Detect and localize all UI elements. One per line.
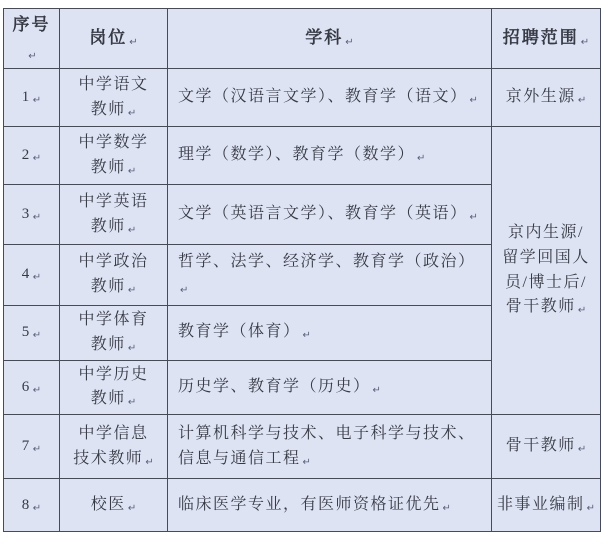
return-mark-icon: ↵ (33, 444, 41, 455)
post-text: 校医 (91, 496, 126, 513)
return-mark-icon: ↵ (443, 503, 451, 514)
return-mark-icon: ↵ (33, 95, 41, 106)
row-number: 8 (22, 497, 31, 513)
post-text: 中学英语 教师 (78, 193, 148, 235)
row-number: 3 (22, 206, 31, 222)
subject-text: 临床医学专业，有医师资格证优先 (178, 496, 441, 513)
row-number-cell: 6↵ (4, 360, 60, 415)
row-number-cell: 5↵ (4, 306, 60, 361)
return-mark-icon: ↵ (470, 95, 478, 106)
post-cell: 中学数学 教师↵ (60, 127, 168, 185)
return-mark-icon: ↵ (470, 212, 478, 223)
row-number: 4 (22, 266, 31, 282)
subject-cell: 理学（数学）、教育学（数学）↵ (168, 127, 492, 185)
subject-text: 历史学、教育学（历史） (178, 378, 371, 395)
post-cell: 中学语文 教师↵ (60, 69, 168, 127)
return-mark-icon: ↵ (33, 385, 41, 396)
header-no-label: 序号 (13, 15, 51, 34)
header-no: 序号↵ (4, 9, 60, 69)
document-page: 序号↵ 岗位↵ 学科↵ 招聘范围↵ 1↵ 中学语文 教师↵ 文学（汉语言文学）、… (0, 0, 604, 544)
header-subject: 学科↵ (168, 9, 492, 69)
subject-cell: 历史学、教育学（历史）↵ (168, 360, 492, 415)
row-number: 6 (22, 379, 31, 395)
return-mark-icon: ↵ (180, 285, 188, 296)
return-mark-icon: ↵ (33, 503, 41, 514)
header-post-label: 岗位 (89, 28, 127, 47)
return-mark-icon: ↵ (345, 37, 353, 48)
row-number: 7 (22, 438, 31, 454)
subject-text: 教育学（体育） (178, 323, 301, 340)
row-number: 1 (22, 89, 31, 105)
subject-text: 文学（汉语言文学）、教育学（语文） (178, 88, 468, 105)
return-mark-icon: ↵ (581, 37, 589, 48)
post-text: 中学数学 教师 (78, 134, 148, 176)
scope-cell: 骨干教师↵ (492, 415, 601, 479)
post-text: 中学历史 教师 (78, 366, 148, 408)
scope-text: 京外生源 (506, 88, 576, 105)
subject-cell: 哲学、法学、经济学、教育学（政治）↵ (168, 245, 492, 306)
row-number-cell: 7↵ (4, 415, 60, 479)
header-scope: 招聘范围↵ (492, 9, 601, 69)
header-post: 岗位↵ (60, 9, 168, 69)
return-mark-icon: ↵ (417, 153, 425, 164)
return-mark-icon: ↵ (33, 212, 41, 223)
subject-cell: 教育学（体育）↵ (168, 306, 492, 361)
scope-text: 非事业编制 (497, 496, 585, 513)
subject-cell: 计算机科学与技术、电子科学与技术、 信息与通信工程↵ (168, 415, 492, 479)
row-number: 2 (22, 147, 31, 163)
post-cell: 中学体育 教师↵ (60, 306, 168, 361)
return-mark-icon: ↵ (128, 285, 136, 296)
scope-cell: 非事业编制↵ (492, 479, 601, 532)
subject-text: 文学（英语言文学）、教育学（英语） (178, 205, 468, 222)
return-mark-icon: ↵ (578, 95, 586, 106)
return-mark-icon: ↵ (587, 503, 595, 514)
row-number-cell: 8↵ (4, 479, 60, 532)
table-header-row: 序号↵ 岗位↵ 学科↵ 招聘范围↵ (4, 9, 601, 69)
return-mark-icon: ↵ (128, 397, 136, 408)
return-mark-icon: ↵ (33, 272, 41, 283)
post-text: 中学语文 教师 (78, 76, 148, 118)
return-mark-icon: ↵ (578, 305, 586, 316)
table-row: 1↵ 中学语文 教师↵ 文学（汉语言文学）、教育学（语文）↵ 京外生源↵ (4, 69, 601, 127)
row-number: 5 (22, 324, 31, 340)
table-row: 8↵ 校医↵ 临床医学专业，有医师资格证优先↵ 非事业编制↵ (4, 479, 601, 532)
return-mark-icon: ↵ (128, 225, 136, 236)
return-mark-icon: ↵ (128, 108, 136, 119)
row-number-cell: 3↵ (4, 185, 60, 245)
scope-text: 骨干教师 (506, 437, 576, 454)
return-mark-icon: ↵ (33, 153, 41, 164)
row-number-cell: 4↵ (4, 245, 60, 306)
return-mark-icon: ↵ (373, 385, 381, 396)
scope-cell: 京外生源↵ (492, 69, 601, 127)
post-cell: 中学英语 教师↵ (60, 185, 168, 245)
return-mark-icon: ↵ (578, 444, 586, 455)
subject-text: 哲学、法学、经济学、教育学（政治） (178, 253, 476, 270)
row-number-cell: 1↵ (4, 69, 60, 127)
row-number-cell: 2↵ (4, 127, 60, 185)
post-cell: 校医↵ (60, 479, 168, 532)
post-cell: 中学政治 教师↵ (60, 245, 168, 306)
subject-text: 计算机科学与技术、电子科学与技术、 信息与通信工程 (178, 425, 476, 467)
return-mark-icon: ↵ (303, 457, 311, 468)
subject-text: 理学（数学）、教育学（数学） (178, 146, 415, 163)
return-mark-icon: ↵ (128, 166, 136, 177)
merged-scope-text: 京内生源/ 留学回国人 员/博士后/ 骨干教师 (502, 224, 590, 315)
header-scope-label: 招聘范围 (503, 28, 579, 47)
post-cell: 中学历史 教师↵ (60, 360, 168, 415)
return-mark-icon: ↵ (33, 330, 41, 341)
header-subject-label: 学科 (305, 28, 343, 47)
return-mark-icon: ↵ (28, 51, 36, 62)
post-text: 中学信息 技术教师 (73, 425, 148, 467)
return-mark-icon: ↵ (145, 457, 153, 468)
table-row: 7↵ 中学信息 技术教师↵ 计算机科学与技术、电子科学与技术、 信息与通信工程↵… (4, 415, 601, 479)
return-mark-icon: ↵ (128, 343, 136, 354)
return-mark-icon: ↵ (129, 37, 137, 48)
subject-cell: 文学（英语言文学）、教育学（英语）↵ (168, 185, 492, 245)
table-row: 2↵ 中学数学 教师↵ 理学（数学）、教育学（数学）↵ 京内生源/ 留学回国人 … (4, 127, 601, 185)
subject-cell: 临床医学专业，有医师资格证优先↵ (168, 479, 492, 532)
return-mark-icon: ↵ (128, 503, 136, 514)
post-text: 中学体育 教师 (78, 311, 148, 353)
post-text: 中学政治 教师 (78, 253, 148, 295)
post-cell: 中学信息 技术教师↵ (60, 415, 168, 479)
return-mark-icon: ↵ (303, 330, 311, 341)
merged-scope-cell: 京内生源/ 留学回国人 员/博士后/ 骨干教师↵ (492, 127, 601, 415)
recruitment-table: 序号↵ 岗位↵ 学科↵ 招聘范围↵ 1↵ 中学语文 教师↵ 文学（汉语言文学）、… (3, 8, 601, 532)
subject-cell: 文学（汉语言文学）、教育学（语文）↵ (168, 69, 492, 127)
